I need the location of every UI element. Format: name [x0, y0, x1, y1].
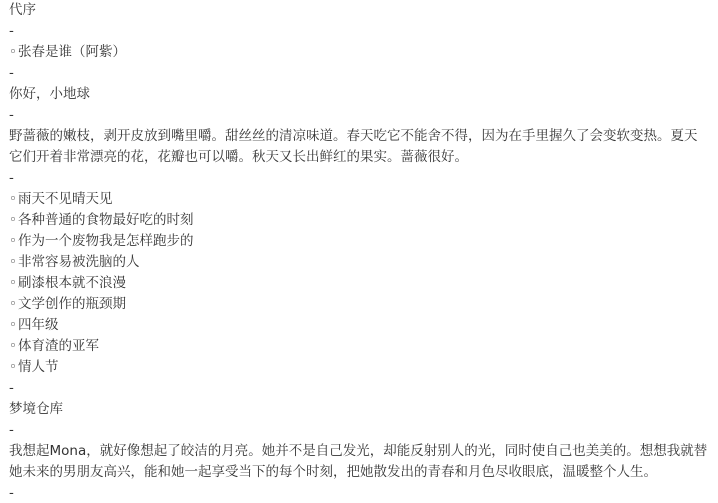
bullet-icon: ◦ — [9, 317, 17, 333]
bullet-item: ◦体育渣的亚军 — [9, 336, 710, 357]
bullet-item-label: 情人节 — [18, 359, 59, 375]
bullet-item-label: 各种普通的食物最好吃的时刻 — [18, 212, 194, 228]
bullet-item: ◦雨天不见晴天见 — [9, 189, 710, 210]
bullet-icon: ◦ — [9, 254, 17, 270]
bullet-icon: ◦ — [9, 338, 17, 354]
bullet-item-label: 体育渣的亚军 — [18, 338, 99, 354]
separator-line: - — [9, 21, 710, 42]
bullet-icon: ◦ — [9, 212, 17, 228]
bullet-icon: ◦ — [9, 296, 17, 312]
bullet-item-label: 非常容易被洗脑的人 — [18, 254, 140, 270]
bullet-item: ◦刷漆根本就不浪漫 — [9, 273, 710, 294]
bullet-item-label: 刷漆根本就不浪漫 — [18, 275, 126, 291]
separator-line: - — [9, 105, 710, 126]
bullet-item: ◦四年级 — [9, 315, 710, 336]
bullet-item-label: 雨天不见晴天见 — [18, 191, 113, 207]
bullet-icon: ◦ — [9, 44, 17, 60]
bullet-item: ◦各种普通的食物最好吃的时刻 — [9, 210, 710, 231]
separator-line: - — [9, 168, 710, 189]
bullet-item: ◦文学创作的瓶颈期 — [9, 294, 710, 315]
bullet-icon: ◦ — [9, 191, 17, 207]
bullet-icon: ◦ — [9, 233, 17, 249]
bullet-item-label: 四年级 — [18, 317, 59, 333]
bullet-item-label: 文学创作的瓶颈期 — [18, 296, 126, 312]
separator-line: - — [9, 420, 710, 441]
heading-line: 你好，小地球 — [9, 84, 710, 105]
paragraph: 我想起Mona，就好像想起了皎洁的月亮。她并不是自己发光，却能反射别人的光，同时… — [9, 441, 710, 483]
separator-line: - — [9, 483, 710, 503]
bullet-icon: ◦ — [9, 275, 17, 291]
document-body: 代序-◦张春是谁（阿紫）-你好，小地球-野蔷薇的嫩枝，剥开皮放到嘴里嚼。甜丝丝的… — [0, 0, 718, 503]
bullet-item: ◦非常容易被洗脑的人 — [9, 252, 710, 273]
bullet-icon: ◦ — [9, 359, 17, 375]
bullet-item: ◦情人节 — [9, 357, 710, 378]
heading-line: 梦境仓库 — [9, 399, 710, 420]
paragraph: 野蔷薇的嫩枝，剥开皮放到嘴里嚼。甜丝丝的清凉味道。春天吃它不能舍不得，因为在手里… — [9, 126, 710, 168]
separator-line: - — [9, 378, 710, 399]
bullet-item-label: 作为一个废物我是怎样跑步的 — [18, 233, 194, 249]
heading-line: 代序 — [9, 0, 710, 21]
bullet-item: ◦张春是谁（阿紫） — [9, 42, 710, 63]
bullet-item-label: 张春是谁（阿紫） — [18, 44, 126, 60]
separator-line: - — [9, 63, 710, 84]
bullet-item: ◦作为一个废物我是怎样跑步的 — [9, 231, 710, 252]
